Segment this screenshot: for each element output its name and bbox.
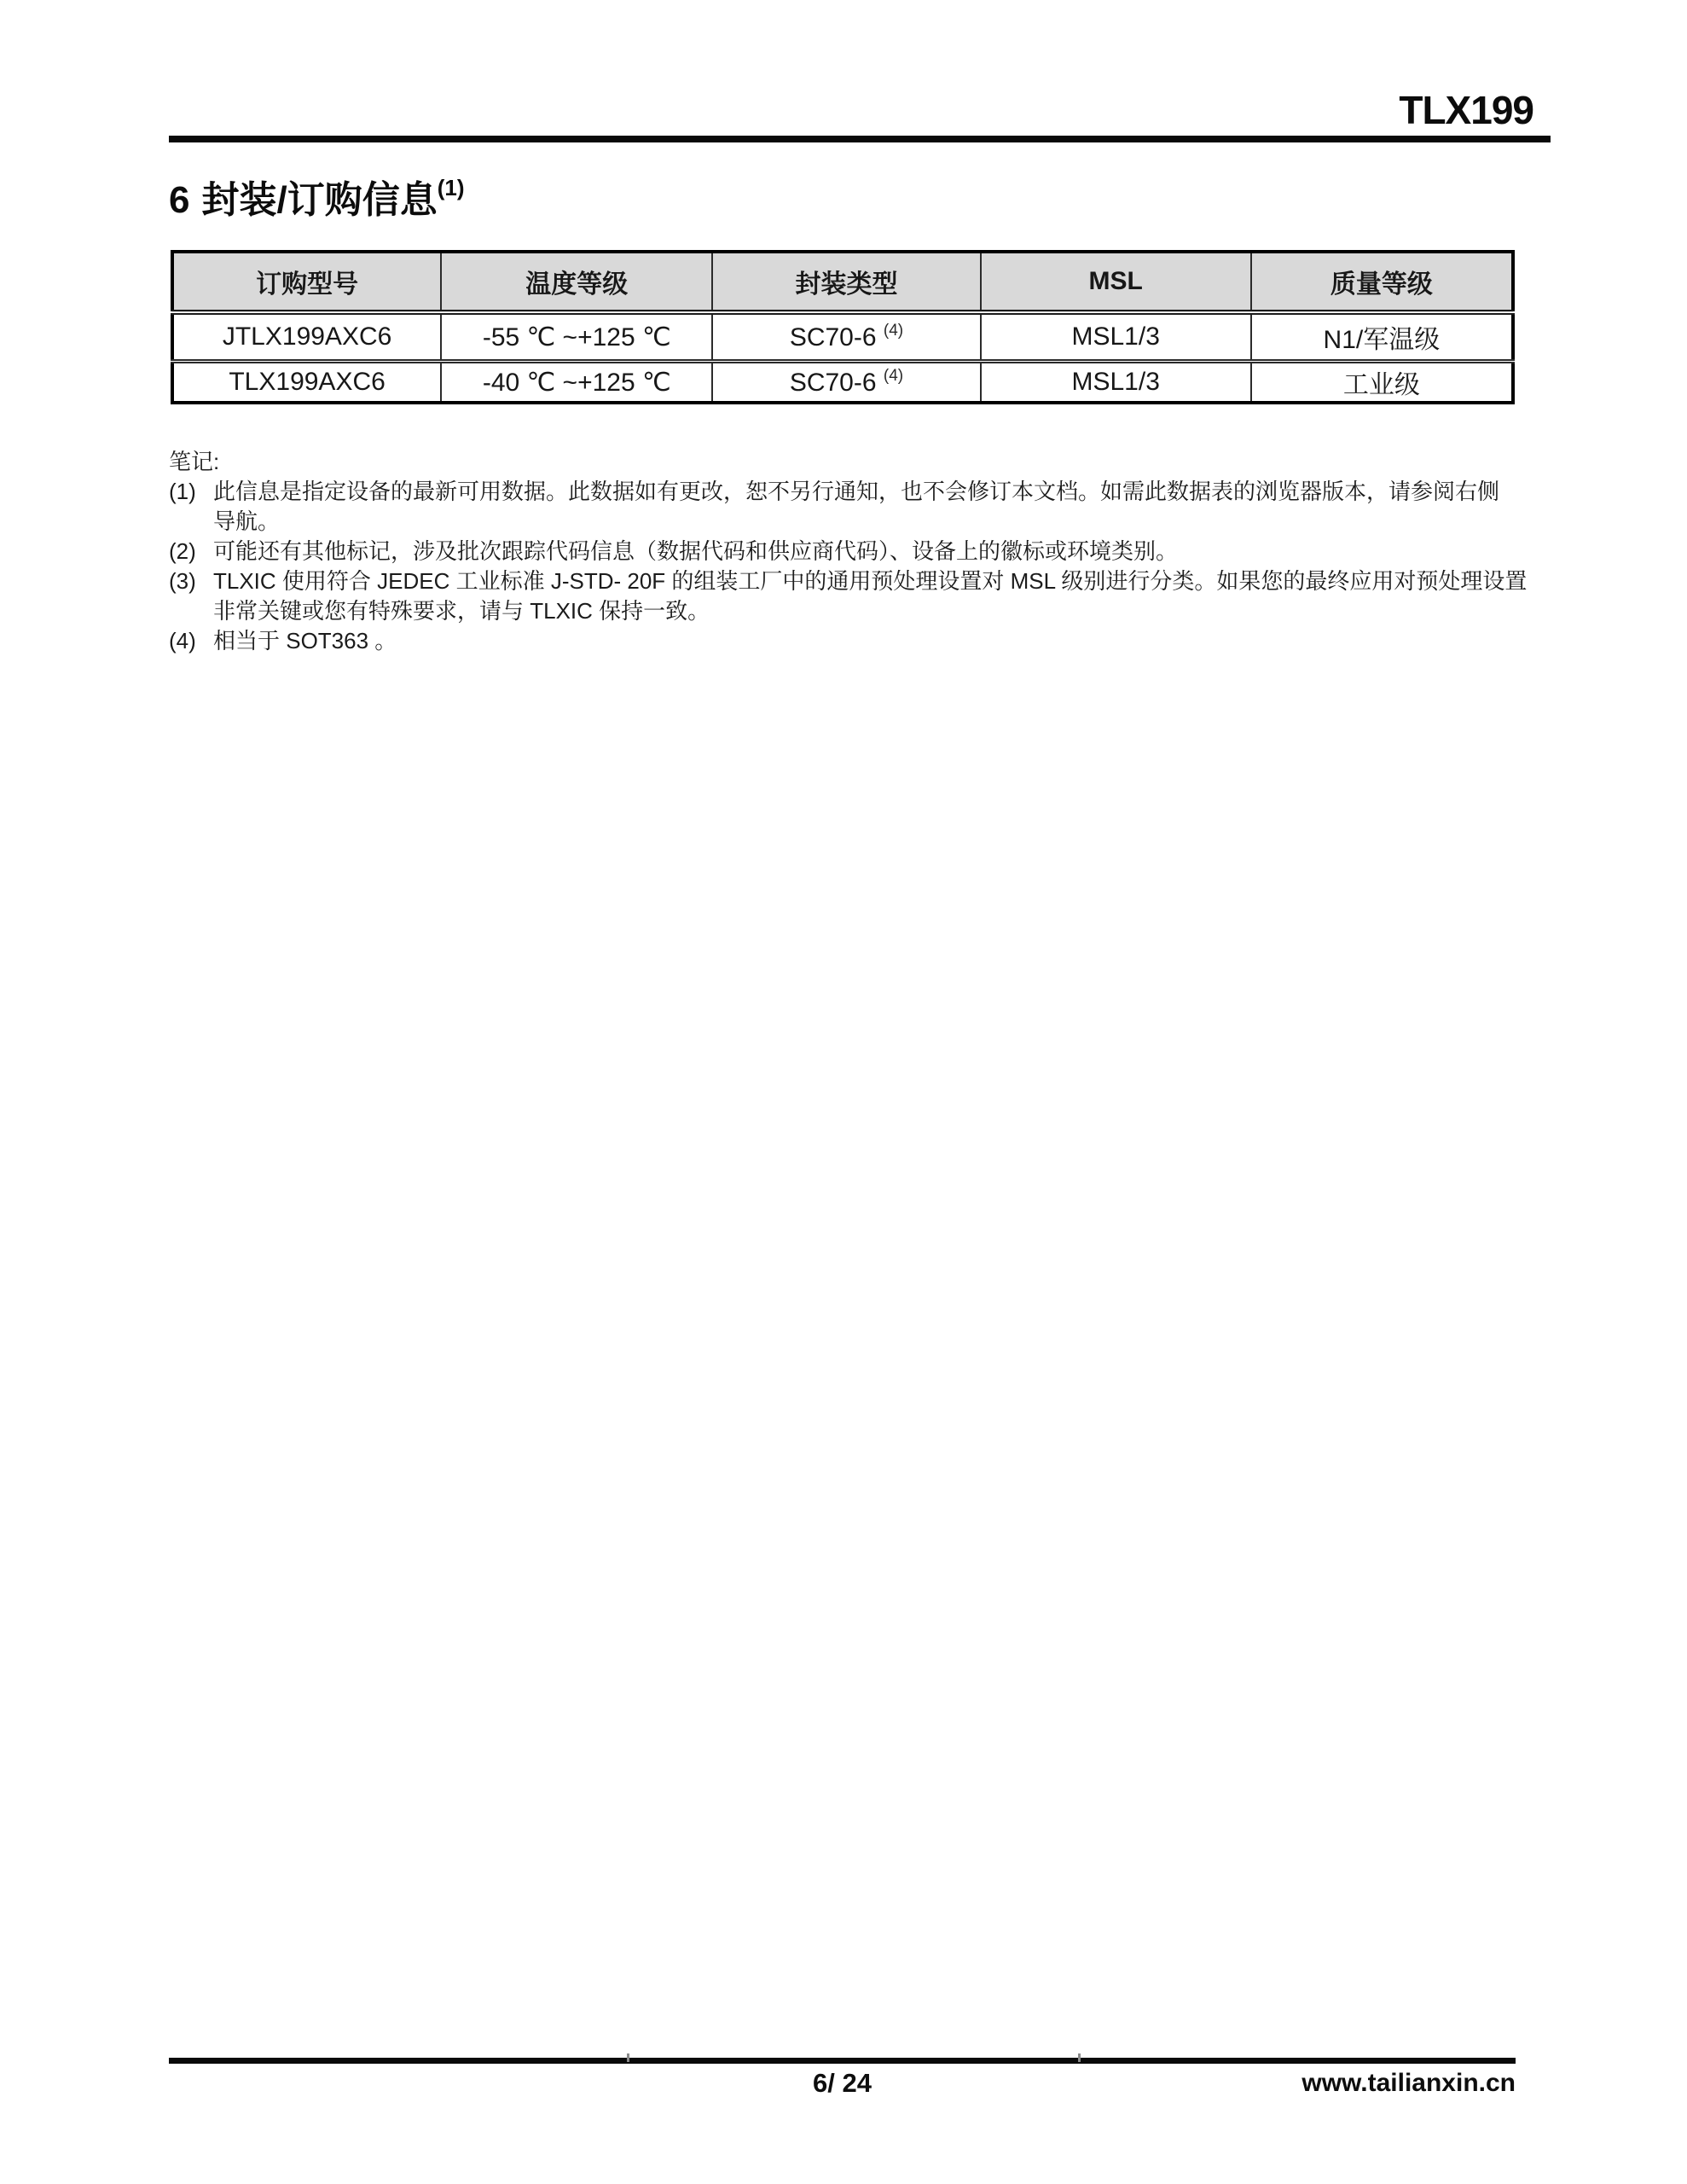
note-number: (2) [169, 537, 213, 566]
table-row: TLX199AXC6 -40 ℃ ~+125 ℃ SC70-6 (4) MSL1… [172, 362, 1513, 404]
cell-package: SC70-6 (4) [712, 312, 980, 362]
package-text: SC70-6 [790, 323, 877, 351]
note-item-4: (4) 相当于 SOT363 。 [169, 626, 1538, 656]
cell-temp-range: -40 ℃ ~+125 ℃ [441, 362, 712, 404]
package-footnote-ref: (4) [884, 367, 903, 385]
header-divider-rule [169, 136, 1551, 142]
note-number: (4) [169, 626, 213, 656]
cell-msl: MSL1/3 [981, 362, 1251, 404]
notes-title: 笔记: [169, 447, 1538, 477]
website-link[interactable]: www.tailianxin.cn [1301, 2069, 1516, 2098]
table-header-row: 订购型号 温度等级 封装类型 MSL 质量等级 [172, 252, 1513, 312]
note-item-1: (1) 此信息是指定设备的最新可用数据。此数据如有更改，恕不另行通知，也不会修订… [169, 477, 1538, 537]
footer-tick-mark [627, 2053, 629, 2062]
table-row: JTLX199AXC6 -55 ℃ ~+125 ℃ SC70-6 (4) MSL… [172, 312, 1513, 362]
cell-grade: N1/军温级 [1251, 312, 1513, 362]
ordering-info-table: 订购型号 温度等级 封装类型 MSL 质量等级 JTLX199AXC6 -55 … [171, 250, 1515, 404]
footer-tick-mark [1078, 2053, 1081, 2062]
col-header-temp-grade: 温度等级 [441, 252, 712, 312]
note-number: (3) [169, 566, 213, 626]
section-title-footnote-ref: (1) [438, 175, 465, 200]
col-header-quality-grade: 质量等级 [1251, 252, 1513, 312]
section-title: 6封装/订购信息(1) [169, 176, 465, 223]
cell-part-number: JTLX199AXC6 [172, 312, 441, 362]
note-item-2: (2) 可能还有其他标记，涉及批次跟踪代码信息（数据代码和供应商代码）、设备上的… [169, 537, 1538, 566]
note-text-line: 导航。 [213, 507, 1538, 537]
note-number: (1) [169, 477, 213, 537]
note-text-line: 相当于 SOT363 。 [213, 626, 1538, 656]
cell-package: SC70-6 (4) [712, 362, 980, 404]
package-footnote-ref: (4) [884, 322, 903, 340]
section-title-text: 封装/订购信息 [201, 179, 437, 221]
note-text-line: 此信息是指定设备的最新可用数据。此数据如有更改，恕不另行通知，也不会修订本文档。… [213, 477, 1538, 507]
col-header-package-type: 封装类型 [712, 252, 980, 312]
footer-divider-rule [169, 2058, 1516, 2064]
cell-grade: 工业级 [1251, 362, 1513, 404]
note-text-line: 可能还有其他标记，涉及批次跟踪代码信息（数据代码和供应商代码）、设备上的徽标或环… [213, 537, 1538, 566]
section-number: 6 [169, 179, 189, 221]
note-item-3: (3) TLXIC 使用符合 JEDEC 工业标准 J-STD- 20F 的组装… [169, 566, 1538, 626]
col-header-msl: MSL [981, 252, 1251, 312]
col-header-order-part: 订购型号 [172, 252, 441, 312]
note-text-line: 非常关键或您有特殊要求，请与 TLXIC 保持一致。 [213, 596, 1538, 626]
cell-temp-range: -55 ℃ ~+125 ℃ [441, 312, 712, 362]
notes-section: 笔记: (1) 此信息是指定设备的最新可用数据。此数据如有更改，恕不另行通知，也… [169, 447, 1538, 656]
note-text-line: TLXIC 使用符合 JEDEC 工业标准 J-STD- 20F 的组装工厂中的… [213, 566, 1538, 596]
part-number-brand: TLX199 [1399, 90, 1533, 130]
cell-part-number: TLX199AXC6 [172, 362, 441, 404]
cell-msl: MSL1/3 [981, 312, 1251, 362]
datasheet-page: TLX199 6封装/订购信息(1) 订购型号 温度等级 封装类型 MSL 质量… [0, 0, 1687, 2184]
package-text: SC70-6 [790, 369, 877, 397]
